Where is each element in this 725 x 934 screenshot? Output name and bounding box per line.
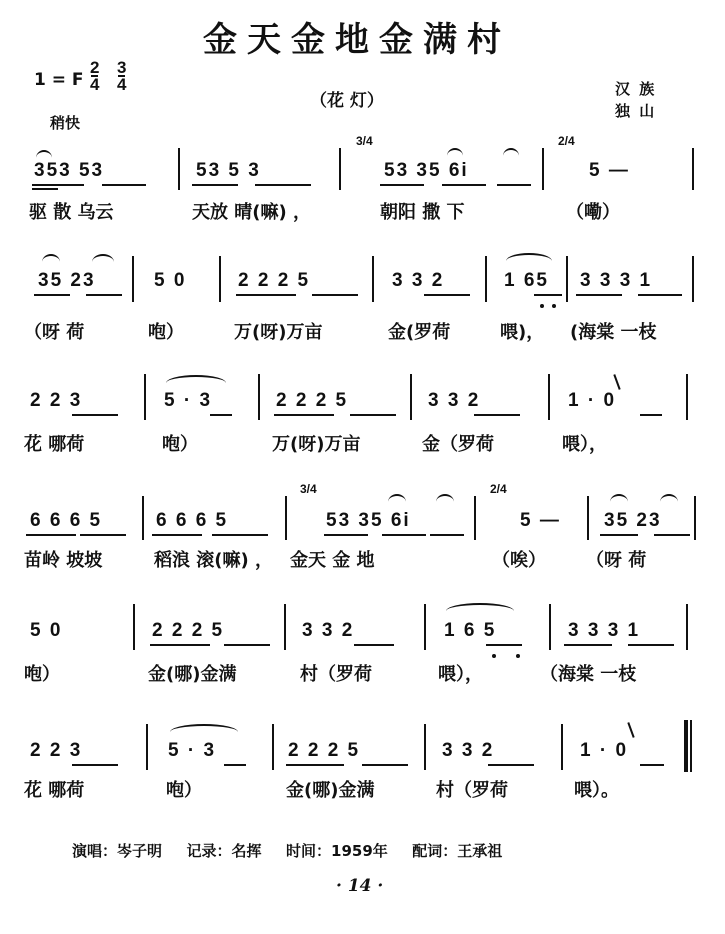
barline: [132, 256, 134, 302]
low-octave-dot: [516, 654, 520, 658]
slur: [660, 494, 678, 502]
beat-underline: [34, 294, 70, 296]
lyric: 金天 金 地: [290, 546, 375, 572]
low-octave-dot: [540, 304, 544, 308]
lyric: 喂）。: [574, 776, 619, 802]
barline: [410, 374, 412, 420]
beat-underline: [324, 534, 368, 536]
singer-label: 演唱：: [72, 842, 117, 860]
lyric: 村（罗荷: [436, 776, 508, 802]
measure-notes: 35 23: [38, 270, 96, 292]
barline: [692, 256, 694, 302]
barline: [142, 496, 144, 540]
beat-underline: [102, 184, 146, 186]
beat-underline: [654, 534, 690, 536]
barline: [694, 496, 696, 540]
beat-underline: [380, 184, 424, 186]
beat-underline: [354, 644, 394, 646]
lyric: 金(哪)金满: [286, 776, 374, 802]
lyric: 万(呀)万亩: [234, 318, 322, 344]
beat-underline: [224, 764, 246, 766]
measure-notes: 2 2 2 5: [276, 390, 348, 412]
barline: [372, 256, 374, 302]
measure-notes: 6 6 6 5: [156, 510, 228, 532]
final-barline-thin: [690, 720, 692, 772]
low-octave-dot: [492, 654, 496, 658]
beat-underline: [224, 644, 270, 646]
lyric: 稻浪 滚(嘛) ，: [154, 546, 273, 572]
beat-underline: [628, 644, 674, 646]
barline: [339, 148, 341, 190]
beat-underline: [362, 764, 408, 766]
final-barline: [684, 720, 688, 772]
measure-notes: 2 2 3: [30, 740, 82, 762]
beat-underline: [26, 534, 76, 536]
measure-notes: 5 0: [154, 270, 186, 292]
beat-underline: [486, 644, 522, 646]
beat-underline: [534, 294, 562, 296]
measure-notes: 5 —: [520, 510, 561, 532]
lyric: 驱 散 乌云: [29, 198, 114, 224]
measure-notes: 1 6 5: [444, 620, 496, 642]
barline: [474, 496, 476, 540]
barline: [146, 724, 148, 770]
barline: [686, 604, 688, 650]
beat-underline: [152, 534, 202, 536]
slur: [506, 253, 552, 261]
measure-notes: 3 3 2: [442, 740, 494, 762]
beat-underline: [442, 184, 486, 186]
measure-notes: 1 · 0: [580, 740, 628, 762]
beat-underline: [255, 184, 311, 186]
lyric: 咆）: [166, 776, 202, 802]
lyric: 咆）: [24, 660, 60, 686]
measure-notes: 5 · 3: [168, 740, 216, 762]
barline: [272, 724, 274, 770]
lyric: 金(哪)金满: [148, 660, 236, 686]
beat-underline: [80, 534, 126, 536]
barline: [548, 374, 550, 420]
slur: [92, 254, 114, 262]
credits: 演唱：岑子明 记录：名挥 时间：1959年 配词：王承祖: [72, 840, 502, 861]
measure-notes: 3 3 3 1: [568, 620, 640, 642]
lyric: 喂)，: [500, 318, 544, 344]
slur: [36, 150, 52, 158]
time-change: 2/4: [558, 134, 575, 148]
slur: [388, 494, 406, 502]
lyric: 喂），: [562, 430, 607, 456]
measure-notes: 3 3 3 1: [580, 270, 652, 292]
lyric: 村（罗荷: [300, 660, 372, 686]
measure-notes: 3 3 2: [392, 270, 444, 292]
lyric: （嘞）: [566, 198, 620, 224]
slur: [436, 494, 454, 502]
barline: [133, 604, 135, 650]
measure-notes: 2 2 3: [30, 390, 82, 412]
measure-notes: 3 3 2: [302, 620, 354, 642]
beat-underline: [430, 534, 464, 536]
lyric: 喂），: [438, 660, 483, 686]
lyric: 金(罗荷: [388, 318, 450, 344]
beat-underline: [600, 534, 638, 536]
barline: [566, 256, 568, 302]
beat-underline: [474, 414, 520, 416]
barline: [285, 496, 287, 540]
measure-notes: 2 2 2 5: [238, 270, 310, 292]
beat-underline: [640, 764, 664, 766]
beat-underline: [350, 414, 396, 416]
beat-underline: [192, 184, 238, 186]
beat-underline: [72, 764, 118, 766]
lyric: （呀 荷: [24, 318, 84, 344]
beat-underline: [488, 764, 534, 766]
measure-notes: 35 23: [604, 510, 662, 532]
tempo-marking: 稍快: [50, 112, 80, 133]
barline: [424, 724, 426, 770]
time-change: 3/4: [300, 482, 317, 496]
page-number: · 14 ·: [336, 876, 383, 896]
beat-underline: [312, 294, 358, 296]
measure-notes: 5 · 3: [164, 390, 212, 412]
barline: [485, 256, 487, 302]
genre-label: （花 灯）: [310, 86, 384, 111]
time-signature-3-4: 34: [117, 60, 126, 92]
low-octave-dot: [552, 304, 556, 308]
barline: [144, 374, 146, 420]
beat-underline: [497, 184, 531, 186]
key-signature: 1 = F: [34, 70, 84, 90]
time: 1959年: [331, 842, 388, 860]
lyric: 咆）: [162, 430, 198, 456]
measure-notes: 3 3 2: [428, 390, 480, 412]
lyric: (海棠 一枝: [570, 318, 657, 344]
measure-notes: 1 65: [504, 270, 549, 292]
measure-notes: 53 35 6i: [326, 510, 411, 532]
beat-underline: [72, 414, 118, 416]
lyric: 天放 晴(嘛) ，: [192, 198, 311, 224]
lyricist-label: 配词：: [412, 842, 457, 860]
ethnicity-label: 汉 族: [615, 78, 656, 99]
breath-mark: [613, 374, 620, 390]
measure-notes: 5 0: [30, 620, 62, 642]
beat-underline: [382, 534, 426, 536]
song-title: 金天金地金满村: [203, 12, 511, 61]
time-change: 2/4: [490, 482, 507, 496]
beat-underline: [150, 644, 210, 646]
measure-notes: 53 35 6i: [384, 160, 469, 182]
beat-underline: [32, 184, 84, 186]
lyric: 金（罗荷: [422, 430, 494, 456]
slur: [610, 494, 628, 502]
lyric: 万(呀)万亩: [272, 430, 360, 456]
slur: [447, 148, 463, 156]
slur: [446, 603, 514, 611]
lyricist: 王承祖: [457, 842, 502, 860]
measure-notes: 353 53: [34, 160, 104, 182]
lyric: 花 哪荷: [24, 430, 84, 456]
beat-underline: [640, 414, 662, 416]
lyric: （唉）: [492, 546, 546, 572]
barline: [284, 604, 286, 650]
barline: [219, 256, 221, 302]
beat-underline: [576, 294, 622, 296]
lyric: 苗岭 坡坡: [24, 546, 102, 572]
barline: [424, 604, 426, 650]
measure-notes: 2 2 2 5: [288, 740, 360, 762]
beat-underline: [286, 764, 344, 766]
beat-underline: [638, 294, 682, 296]
lyric: 朝阳 撒 下: [380, 198, 465, 224]
beat-underline: [236, 294, 296, 296]
barline: [542, 148, 544, 190]
beat-underline: [212, 534, 268, 536]
slur: [166, 375, 226, 383]
lyric: 咆）: [148, 318, 184, 344]
barline: [686, 374, 688, 420]
slur: [170, 724, 238, 732]
beat-underline: [210, 414, 232, 416]
time-signature-2-4: 24: [90, 60, 99, 92]
recorder: 名挥: [232, 842, 262, 860]
slur: [42, 254, 60, 262]
measure-notes: 53 5 3: [196, 160, 261, 182]
measure-notes: 1 · 0: [568, 390, 616, 412]
breath-mark: [627, 722, 634, 738]
barline: [258, 374, 260, 420]
barline: [587, 496, 589, 540]
lyric: （海棠 一枝: [540, 660, 636, 686]
barline: [692, 148, 694, 190]
beat-underline: [32, 188, 58, 190]
barline: [178, 148, 180, 190]
time-label: 时间：: [286, 842, 331, 860]
barline: [561, 724, 563, 770]
measure-notes: 2 2 2 5: [152, 620, 224, 642]
lyric: （呀 荷: [586, 546, 646, 572]
barline: [549, 604, 551, 650]
beat-underline: [274, 414, 334, 416]
region-label: 独 山: [615, 100, 656, 121]
beat-underline: [564, 644, 612, 646]
beat-underline: [86, 294, 122, 296]
measure-notes: 5 —: [589, 160, 630, 182]
measure-notes: 6 6 6 5: [30, 510, 102, 532]
singer: 岑子明: [117, 842, 162, 860]
lyric: 花 哪荷: [24, 776, 84, 802]
slur: [503, 148, 519, 156]
recorder-label: 记录：: [187, 842, 232, 860]
time-change: 3/4: [356, 134, 373, 148]
beat-underline: [424, 294, 470, 296]
